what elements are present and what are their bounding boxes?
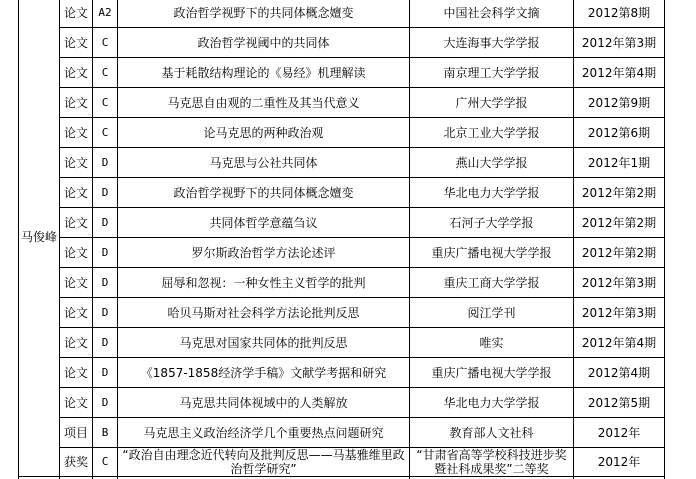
date-cell: 2012年 (574, 448, 665, 477)
level-cell: D (93, 268, 118, 298)
level-cell: D (93, 358, 118, 388)
source-cell: 广州大学学报 (410, 88, 574, 118)
date-cell: 2012年第3期 (574, 268, 665, 298)
type-cell: 论文 (60, 358, 93, 388)
source-cell: 华北电力大学学报 (410, 388, 574, 418)
table-row: 论文 D 马克思对国家共同体的批判反思 唯实 2012年第4期 (19, 328, 665, 358)
table-row: 获奖 C “政治自由理念近代转向及批判反思——马基雅维里政治哲学研究” “甘肃省… (19, 448, 665, 477)
table-row: 马俊峰 论文 A2 政治哲学视野下的共同体概念嬗变 中国社会科学文摘 2012第… (19, 0, 665, 28)
type-cell: 论文 (60, 118, 93, 148)
type-cell: 论文 (60, 0, 93, 28)
title-cell: 基于耗散结构理论的《易经》机理解读 (118, 58, 410, 88)
date-cell: 2012年第2期 (574, 238, 665, 268)
title-cell: 哈贝马斯对社会科学方法论批判反思 (118, 298, 410, 328)
title-cell: 政治哲学视阈中的共同体 (118, 28, 410, 58)
source-cell: 南京理工大学学报 (410, 58, 574, 88)
type-cell: 论文 (60, 178, 93, 208)
table-row: 论文 C 马克思自由观的二重性及其当代意义 广州大学学报 2012第9期 (19, 88, 665, 118)
table-row: 论文 D 哈贝马斯对社会科学方法论批判反思 阅江学刊 2012年第3期 (19, 298, 665, 328)
table-row: 论文 D 马克思共同体视域中的人类解放 华北电力大学学报 2012第5期 (19, 388, 665, 418)
table-row: 论文 D 屈辱和忽视：一种女性主义哲学的批判 重庆工商大学学报 2012年第3期 (19, 268, 665, 298)
table-row: 论文 C 基于耗散结构理论的《易经》机理解读 南京理工大学学报 2012年第4期 (19, 58, 665, 88)
source-cell: 唯实 (410, 328, 574, 358)
title-cell: “政治自由理念近代转向及批判反思——马基雅维里政治哲学研究” (118, 448, 410, 477)
title-cell: 马克思与公社共同体 (118, 148, 410, 178)
title-cell: 《1857-1858经济学手稿》文献学考据和研究 (118, 358, 410, 388)
title-cell: 屈辱和忽视：一种女性主义哲学的批判 (118, 268, 410, 298)
source-cell: 阅江学刊 (410, 298, 574, 328)
source-cell: 燕山大学学报 (410, 148, 574, 178)
title-cell: 马克思主义政治经济学几个重要热点问题研究 (118, 418, 410, 448)
table-row: 项目 B 马克思主义政治经济学几个重要热点问题研究 教育部人文社科 2012年 (19, 418, 665, 448)
source-cell: 大连海事大学学报 (410, 28, 574, 58)
source-cell: 中国社会科学文摘 (410, 0, 574, 28)
type-cell: 论文 (60, 238, 93, 268)
title-cell: 共同体哲学意蕴刍议 (118, 208, 410, 238)
level-cell: D (93, 298, 118, 328)
date-cell: 2012第9期 (574, 88, 665, 118)
level-cell: A2 (93, 0, 118, 28)
level-cell: D (93, 178, 118, 208)
achievements-table: 马俊峰 论文 A2 政治哲学视野下的共同体概念嬗变 中国社会科学文摘 2012第… (18, 0, 665, 479)
level-cell: C (93, 88, 118, 118)
date-cell: 2012年第3期 (574, 298, 665, 328)
table-row: 论文 D 《1857-1858经济学手稿》文献学考据和研究 重庆广播电视大学学报… (19, 358, 665, 388)
type-cell: 论文 (60, 328, 93, 358)
level-cell: C (93, 118, 118, 148)
level-cell: C (93, 58, 118, 88)
type-cell: 项目 (60, 418, 93, 448)
source-cell: 北京工业大学学报 (410, 118, 574, 148)
source-cell: 重庆广播电视大学学报 (410, 238, 574, 268)
date-cell: 2012年第2期 (574, 208, 665, 238)
date-cell: 2012年第4期 (574, 58, 665, 88)
source-cell: 华北电力大学学报 (410, 178, 574, 208)
title-cell: 马克思自由观的二重性及其当代意义 (118, 88, 410, 118)
title-cell: 马克思共同体视域中的人类解放 (118, 388, 410, 418)
level-cell: C (93, 28, 118, 58)
type-cell: 论文 (60, 28, 93, 58)
table-row: 论文 C 政治哲学视阈中的共同体 大连海事大学学报 2012年第3期 (19, 28, 665, 58)
date-cell: 2012年第4期 (574, 328, 665, 358)
date-cell: 2012年1期 (574, 148, 665, 178)
date-cell: 2012第5期 (574, 388, 665, 418)
date-cell: 2012年第3期 (574, 28, 665, 58)
type-cell: 论文 (60, 388, 93, 418)
date-cell: 2012年 (574, 418, 665, 448)
level-cell: D (93, 208, 118, 238)
source-cell: 重庆广播电视大学学报 (410, 358, 574, 388)
table-row: 论文 D 马克思与公社共同体 燕山大学学报 2012年1期 (19, 148, 665, 178)
level-cell: B (93, 418, 118, 448)
table-row: 论文 D 罗尔斯政治哲学方法论述评 重庆广播电视大学学报 2012年第2期 (19, 238, 665, 268)
date-cell: 2012年第2期 (574, 178, 665, 208)
type-cell: 论文 (60, 298, 93, 328)
type-cell: 论文 (60, 268, 93, 298)
title-cell: 罗尔斯政治哲学方法论述评 (118, 238, 410, 268)
title-cell: 论马克思的两种政治观 (118, 118, 410, 148)
date-cell: 2012第8期 (574, 0, 665, 28)
title-cell: 政治哲学视野下的共同体概念嬗变 (118, 178, 410, 208)
level-cell: D (93, 238, 118, 268)
type-cell: 论文 (60, 58, 93, 88)
title-cell: 政治哲学视野下的共同体概念嬗变 (118, 0, 410, 28)
source-cell: “甘肃省高等学校科技进步奖暨社科成果奖”二等奖 (410, 448, 574, 477)
level-cell: D (93, 388, 118, 418)
level-cell: D (93, 148, 118, 178)
date-cell: 2012第4期 (574, 358, 665, 388)
table-row: 论文 C 论马克思的两种政治观 北京工业大学学报 2012第6期 (19, 118, 665, 148)
type-cell: 论文 (60, 88, 93, 118)
table-row: 论文 D 政治哲学视野下的共同体概念嬗变 华北电力大学学报 2012年第2期 (19, 178, 665, 208)
type-cell: 获奖 (60, 448, 93, 477)
source-cell: 石河子大学学报 (410, 208, 574, 238)
table-row: 论文 D 共同体哲学意蕴刍议 石河子大学学报 2012年第2期 (19, 208, 665, 238)
level-cell: D (93, 328, 118, 358)
type-cell: 论文 (60, 148, 93, 178)
level-cell: C (93, 448, 118, 477)
achievements-table-wrapper: 马俊峰 论文 A2 政治哲学视野下的共同体概念嬗变 中国社会科学文摘 2012第… (18, 0, 665, 479)
date-cell: 2012第6期 (574, 118, 665, 148)
title-cell: 马克思对国家共同体的批判反思 (118, 328, 410, 358)
author-name: 马俊峰 (19, 0, 60, 477)
source-cell: 教育部人文社科 (410, 418, 574, 448)
source-cell: 重庆工商大学学报 (410, 268, 574, 298)
type-cell: 论文 (60, 208, 93, 238)
